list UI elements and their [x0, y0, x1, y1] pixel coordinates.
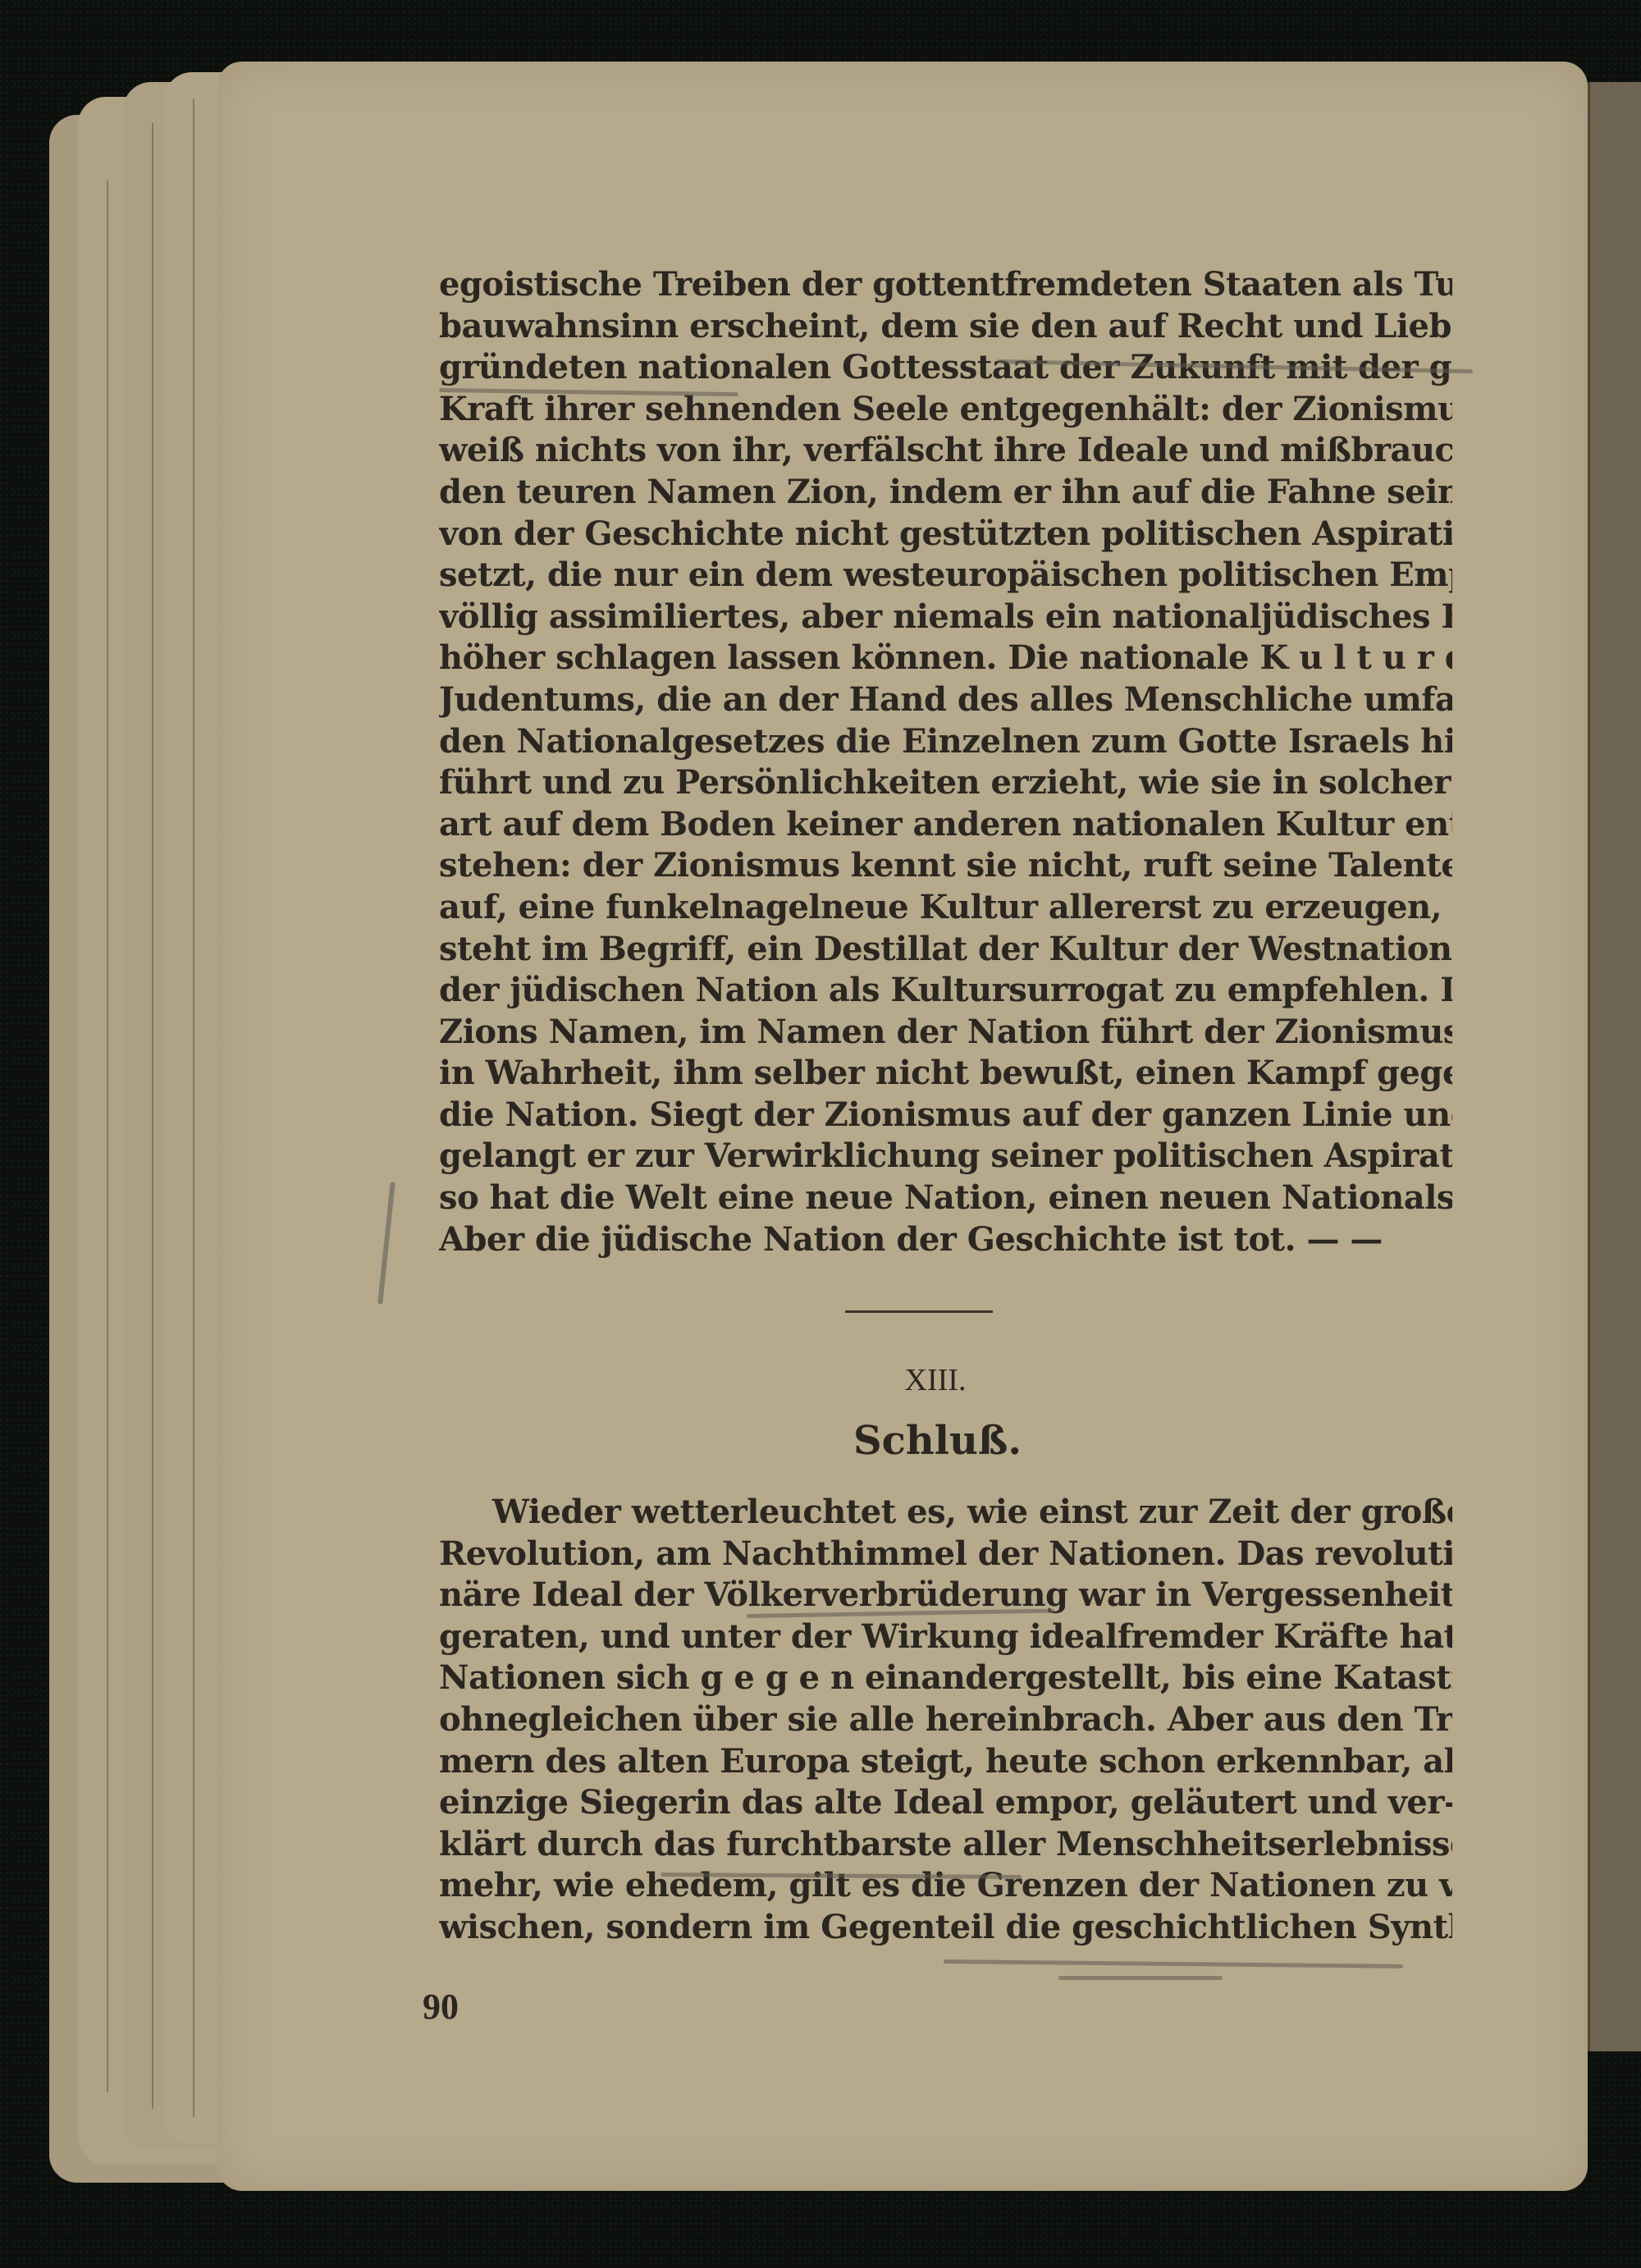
text-line: völlig assimiliertes, aber niemals ein n…	[439, 597, 1452, 638]
text-line: art auf dem Boden keiner anderen nationa…	[439, 804, 1452, 846]
text-line: steht im Begriff, ein Destillat der Kult…	[439, 929, 1452, 971]
facing-page-edge	[1588, 82, 1641, 2051]
text-line: mehr, wie ehedem, gilt es die Grenzen de…	[439, 1865, 1452, 1907]
text-line: egoistische Treiben der gottentfremdeten…	[439, 264, 1452, 306]
text-line: einzige Siegerin das alte Ideal empor, g…	[439, 1782, 1452, 1824]
text-line: Kraft ihrer sehnenden Seele entgegenhält…	[439, 389, 1452, 431]
paragraph-2: Wieder wetterleuchtet es, wie einst zur …	[439, 1492, 1452, 1949]
text-line: Aber die jüdische Nation der Geschichte …	[439, 1219, 1452, 1261]
text-line: höher schlagen lassen können. Die nation…	[439, 638, 1452, 679]
chapter-number: XIII.	[903, 1362, 968, 1398]
text-line: wischen, sondern im Gegenteil die geschi…	[439, 1907, 1452, 1949]
text-line: Nationen sich g e g e n einandergestellt…	[439, 1658, 1452, 1699]
text-line: gelangt er zur Verwirklichung seiner pol…	[439, 1136, 1452, 1177]
page-edge-line	[107, 181, 108, 2092]
paragraph-1: egoistische Treiben der gottentfremdeten…	[439, 264, 1452, 1260]
page-edge-line	[152, 123, 153, 2109]
text-line: den Nationalgesetzes die Einzelnen zum G…	[439, 721, 1452, 763]
text-line: ohnegleichen über sie alle hereinbrach. …	[439, 1699, 1452, 1741]
text-line: geraten, und unter der Wirkung idealfrem…	[439, 1616, 1452, 1658]
text-line: Zions Namen, im Namen der Nation führt d…	[439, 1012, 1452, 1054]
text-line: Wieder wetterleuchtet es, wie einst zur …	[439, 1492, 1452, 1534]
page-edge-line	[193, 98, 194, 2117]
text-line: Revolution, am Nachthimmel der Nationen.…	[439, 1534, 1452, 1575]
text-line: Judentums, die an der Hand des alles Men…	[439, 679, 1452, 721]
text-line: auf, eine funkelnagelneue Kultur allerer…	[439, 887, 1452, 929]
pencil-underline	[1058, 1976, 1223, 1980]
text-line: setzt, die nur ein dem westeuropäischen …	[439, 555, 1452, 597]
text-line: so hat die Welt eine neue Nation, einen …	[439, 1177, 1452, 1219]
text-line: weiß nichts von ihr, verfälscht ihre Ide…	[439, 430, 1452, 472]
text-line: mern des alten Europa steigt, heute scho…	[439, 1741, 1452, 1783]
text-line: der jüdischen Nation als Kultursurrogat …	[439, 970, 1452, 1012]
text-line: bauwahnsinn erscheint, dem sie den auf R…	[439, 306, 1452, 348]
text-line: den teuren Namen Zion, indem er ihn auf …	[439, 472, 1452, 514]
section-divider	[845, 1310, 993, 1313]
text-line: führt und zu Persönlichkeiten erzieht, w…	[439, 762, 1452, 804]
text-line: die Nation. Siegt der Zionismus auf der …	[439, 1095, 1452, 1136]
text-line: in Wahrheit, ihm selber nicht bewußt, ei…	[439, 1053, 1452, 1095]
text-line: klärt durch das furchtbarste aller Mensc…	[439, 1824, 1452, 1866]
text-line: von der Geschichte nicht gestützten poli…	[439, 514, 1452, 556]
text-line: stehen: der Zionismus kennt sie nicht, r…	[439, 845, 1452, 887]
page-number: 90	[423, 1986, 459, 2028]
chapter-title: Schluß.	[853, 1418, 1017, 1464]
